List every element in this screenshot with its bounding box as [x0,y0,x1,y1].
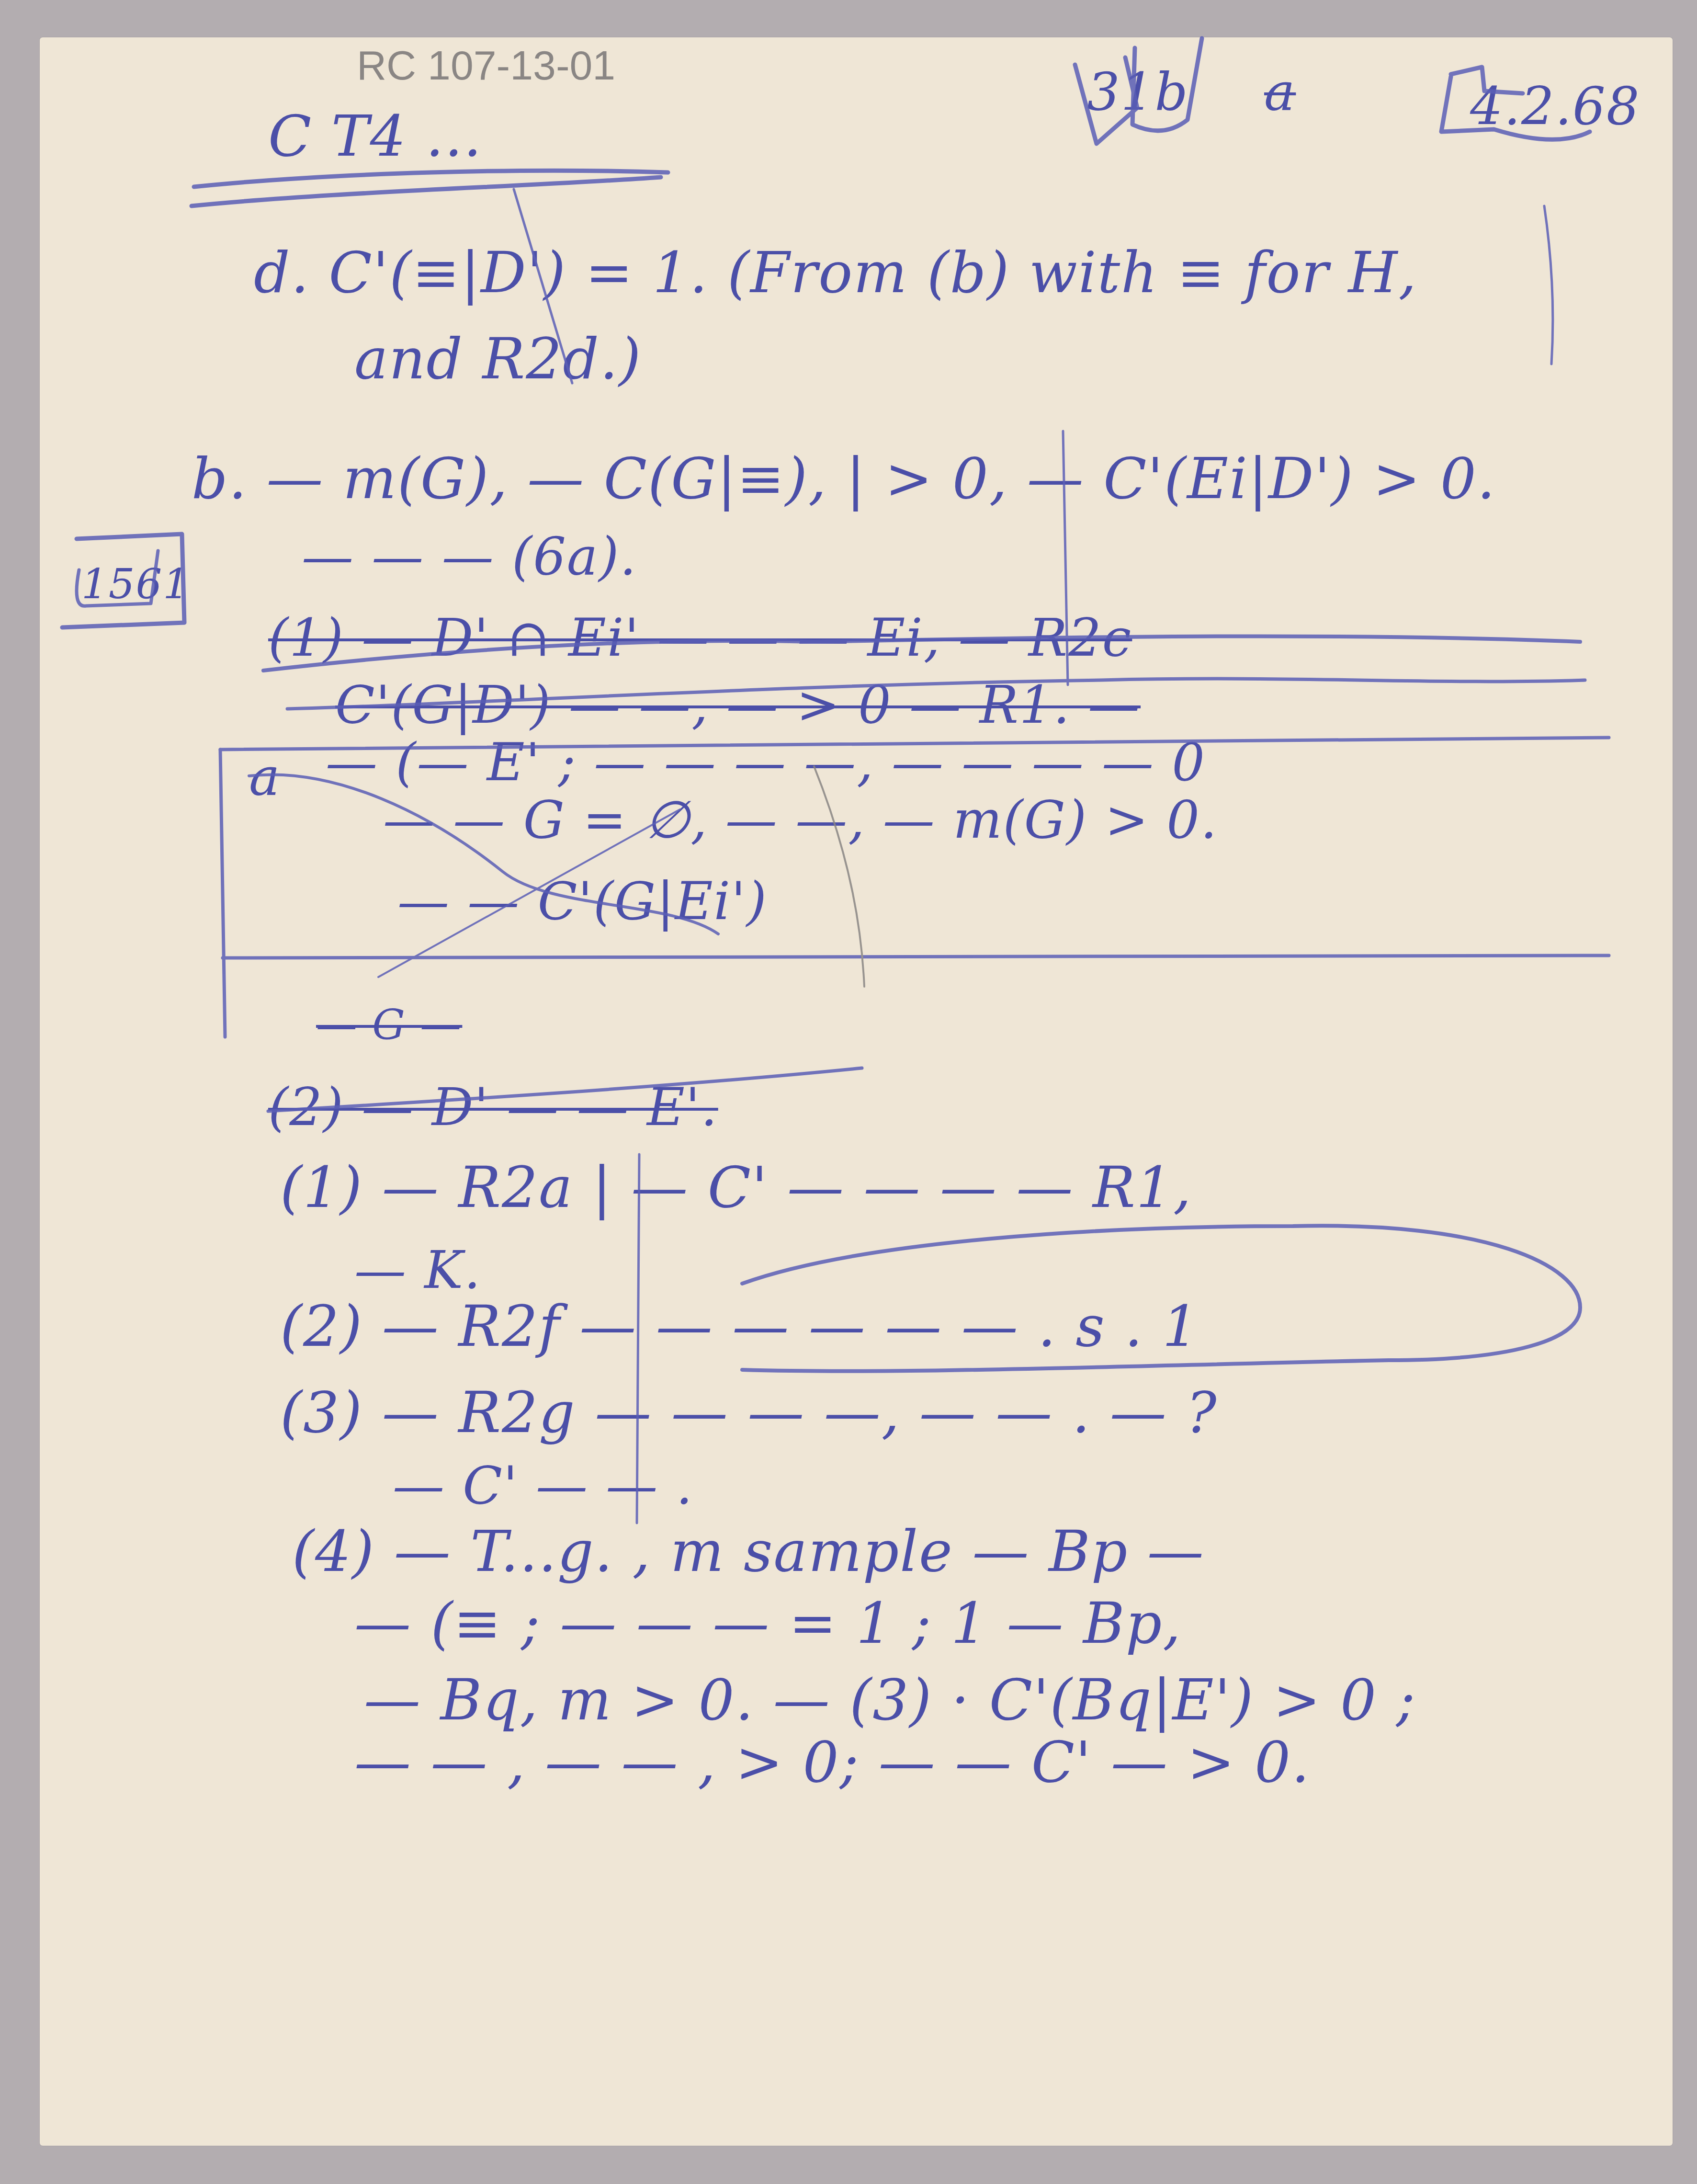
boxed-mark: a [249,747,281,807]
margin-boxed-number: 1561 [81,560,190,608]
item-2-line: (2) — R2f — — — — — — . s . 1 [280,1293,1199,1359]
struck-item-2: (2) — D' — — E'. [268,1078,718,1137]
item-4-line-2: — (≡ ; — — — = 1 ; 1 — Bp, [354,1590,1182,1656]
item-1-line-2: — K. [354,1240,481,1300]
item-4-line-1: (4) — T...g. , m sample — Bp — [292,1518,1205,1584]
struck-item-1b: C'(G|D') — —, — > 0 — R1. — [335,675,1141,735]
reference-number: 31b [1087,62,1189,122]
item-4-line-3: — Bq, m > 0. — (3) · C'(Bq|E') > 0 ; [364,1667,1416,1733]
line-d-1: d. C'(≡|D') = 1. (From (b) with ≡ for H, [254,239,1417,306]
page-heading: C T4 ... [268,103,483,169]
archive-id: RC 107-13-01 [357,42,615,90]
boxed-line-2: — — G = ∅, — —, — m(G) > 0. [383,790,1218,850]
boxed-line-3: — — C'(G|Ei') [397,872,768,932]
item-1-line-1: (1) — R2a | — C' — — — — R1, [280,1154,1192,1220]
item-3-line-1: (3) — R2g — — — —, — — . — ? [280,1379,1217,1445]
boxed-line-1: — (— E' ; — — — —, — — — — 0 [326,733,1206,793]
boxed-tail: — G — [316,1001,462,1049]
struck-item-1a: (1) — D' ∩ Ei' — — — Ei, — R2c [268,608,1132,668]
line-b-1: b. — m(G), — C(G|≡), | > 0, — C'(Ei|D') … [192,445,1496,512]
item-4-line-4: — — , — — , > 0; — — C' — > 0. [354,1729,1311,1795]
item-3-line-2: — C' — — . [393,1456,693,1516]
line-b-2: — — — (6a). [302,527,637,587]
line-d-2: and R2d.) [354,326,642,392]
struck-reference: a [1264,62,1296,122]
date-stamp: 4.2.68 [1470,77,1640,136]
